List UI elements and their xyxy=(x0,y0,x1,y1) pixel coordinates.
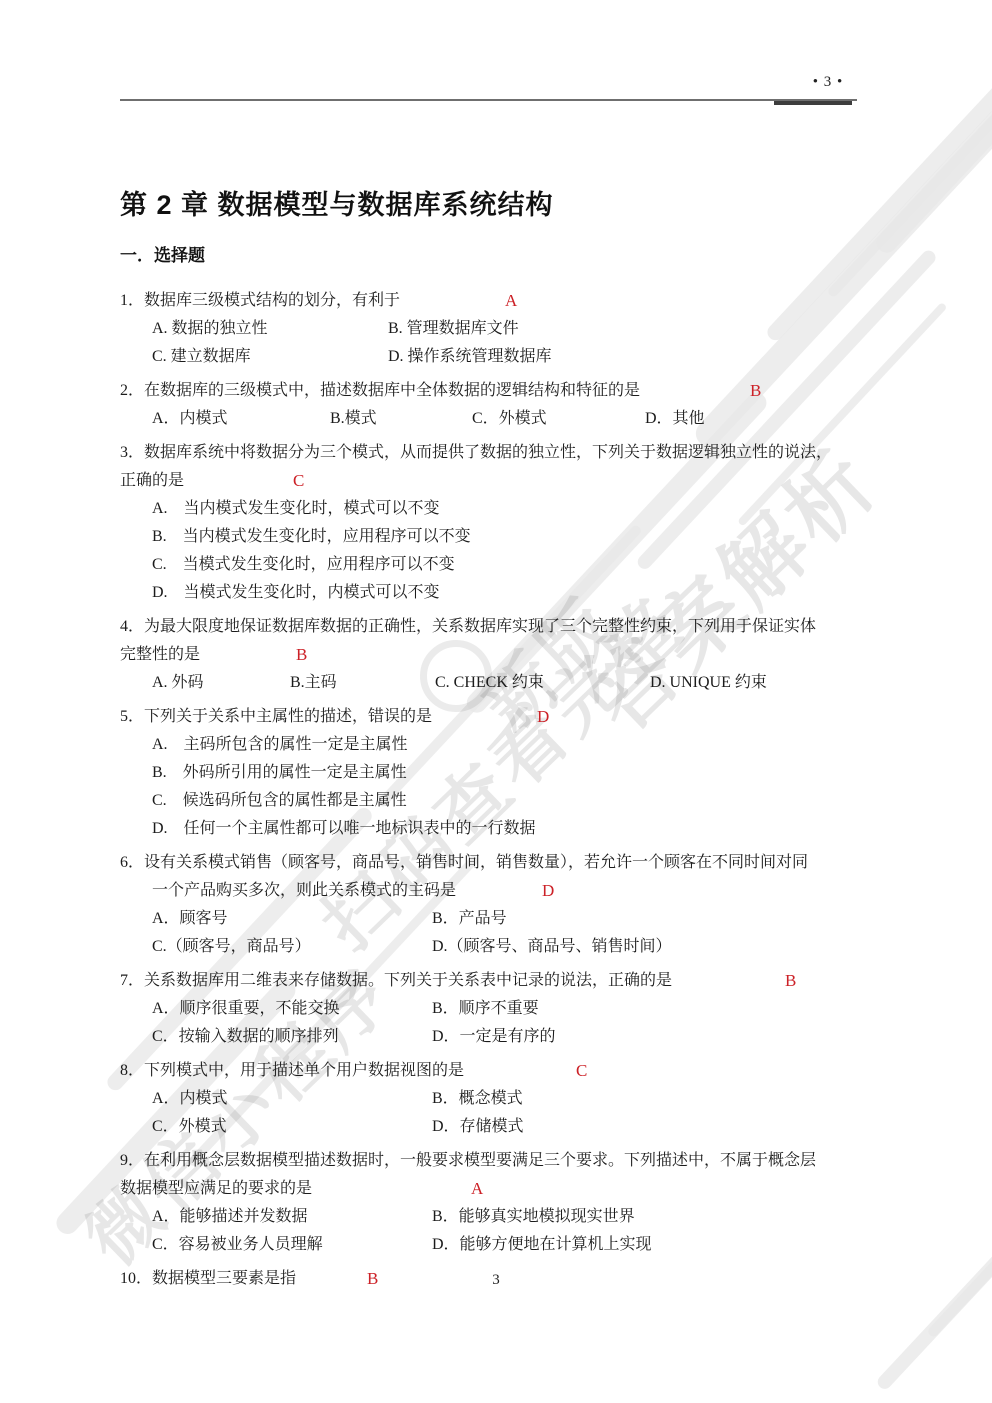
option: C. 建立数据库 xyxy=(152,343,388,371)
answer-badge: B xyxy=(296,641,307,669)
option: A．内模式 xyxy=(152,1085,432,1113)
question-7: 7．关系数据库用二维表来存储数据。下列关于关系表中记录的说法，正确的是 B A．… xyxy=(120,967,870,1051)
option: B．概念模式 xyxy=(432,1085,870,1113)
answer-badge: A xyxy=(471,1175,483,1203)
question-text: 9．在利用概念层数据模型描述数据时，一般要求模型要满足三个要求。下列描述中，不属… xyxy=(120,1152,816,1169)
option: D. 操作系统管理数据库 xyxy=(388,343,870,371)
question-text: 6．设有关系模式销售（顾客号，商品号，销售时间，销售数量），若允许一个顾客在不同… xyxy=(120,854,808,871)
option: C．外模式 xyxy=(472,405,645,433)
option: A．能够描述并发数据 xyxy=(152,1203,432,1231)
question-text: 4．为最大限度地保证数据库数据的正确性，关系数据库实现了三个完整性约束，下列用于… xyxy=(120,618,816,635)
option: C．按输入数据的顺序排列 xyxy=(152,1023,432,1051)
option: B. 管理数据库文件 xyxy=(388,315,870,343)
question-text: 5．下列关于关系中主属性的描述，错误的是 xyxy=(120,708,432,725)
section-heading: 一．选择题 xyxy=(120,245,870,267)
question-text: 8．下列模式中，用于描述单个用户数据视图的是 xyxy=(120,1062,464,1079)
option: C. 当模式发生变化时，应用程序可以不变 xyxy=(120,551,870,579)
option: A．顺序很重要，不能交换 xyxy=(152,995,432,1023)
answer-badge: C xyxy=(293,467,304,495)
option: B．产品号 xyxy=(432,905,870,933)
question-text-continued: 一个产品购买多次，则此关系模式的主码是 xyxy=(152,882,456,899)
header-page-marker: • 3 • xyxy=(796,74,860,91)
option: D．其他 xyxy=(645,405,870,433)
option: A. 外码 xyxy=(152,669,290,697)
option: C. CHECK 约束 xyxy=(435,669,650,697)
option: D.（顾客号、商品号、销售时间） xyxy=(432,933,870,961)
option: C.（顾客号，商品号） xyxy=(152,933,432,961)
answer-badge: B xyxy=(785,967,796,995)
question-text-continued: 数据模型应满足的要求的是 xyxy=(120,1180,312,1197)
question-8: 8．下列模式中，用于描述单个用户数据视图的是 C A．内模式 B．概念模式 C．… xyxy=(120,1057,870,1141)
question-list: 1．数据库三级模式结构的划分，有利于 A A. 数据的独立性 B. 管理数据库文… xyxy=(120,287,870,1293)
option: D. UNIQUE 约束 xyxy=(650,669,870,697)
question-text: 3．数据库系统中将数据分为三个模式，从而提供了数据的独立性，下列关于数据逻辑独立… xyxy=(120,444,832,461)
question-text-continued: 完整性的是 xyxy=(120,646,200,663)
option: B．能够真实地模拟现实世界 xyxy=(432,1203,870,1231)
question-10: 10．数据模型三要素是指 B xyxy=(120,1265,870,1293)
option: A. 数据的独立性 xyxy=(152,315,388,343)
option: D．一定是有序的 xyxy=(432,1023,870,1051)
option: A．内模式 xyxy=(152,405,330,433)
option: D. 任何一个主属性都可以唯一地标识表中的一行数据 xyxy=(120,815,870,843)
document-content: 第 2 章 数据模型与数据库系统结构 一．选择题 1．数据库三级模式结构的划分，… xyxy=(120,188,870,1299)
option: C. 候选码所包含的属性都是主属性 xyxy=(120,787,870,815)
question-9: 9．在利用概念层数据模型描述数据时，一般要求模型要满足三个要求。下列描述中，不属… xyxy=(120,1147,870,1259)
option: B. 当内模式发生变化时，应用程序可以不变 xyxy=(120,523,870,551)
option: C．容易被业务人员理解 xyxy=(152,1231,432,1259)
question-text: 10．数据模型三要素是指 xyxy=(120,1270,296,1287)
option: D．能够方便地在计算机上实现 xyxy=(432,1231,870,1259)
question-4: 4．为最大限度地保证数据库数据的正确性，关系数据库实现了三个完整性约束，下列用于… xyxy=(120,613,870,697)
option: D．存储模式 xyxy=(432,1113,870,1141)
answer-badge: D xyxy=(537,703,549,731)
option: B．顺序不重要 xyxy=(432,995,870,1023)
question-2: 2．在数据库的三级模式中，描述数据库中全体数据的逻辑结构和特征的是 B A．内模… xyxy=(120,377,870,433)
answer-badge: C xyxy=(576,1057,587,1085)
option: A. 主码所包含的属性一定是主属性 xyxy=(120,731,870,759)
question-text-continued: 正确的是 xyxy=(120,472,184,489)
option: B. 外码所引用的属性一定是主属性 xyxy=(120,759,870,787)
question-1: 1．数据库三级模式结构的划分，有利于 A A. 数据的独立性 B. 管理数据库文… xyxy=(120,287,870,371)
answer-badge: B xyxy=(367,1265,378,1293)
option: B.模式 xyxy=(330,405,472,433)
chapter-title: 第 2 章 数据模型与数据库系统结构 xyxy=(120,188,870,222)
question-text: 1．数据库三级模式结构的划分，有利于 xyxy=(120,292,400,309)
option: A. 当内模式发生变化时，模式可以不变 xyxy=(120,495,870,523)
answer-badge: B xyxy=(750,377,761,405)
question-6: 6．设有关系模式销售（顾客号，商品号，销售时间，销售数量），若允许一个顾客在不同… xyxy=(120,849,870,961)
option: D. 当模式发生变化时，内模式可以不变 xyxy=(120,579,870,607)
header-rule xyxy=(120,99,857,101)
option: C．外模式 xyxy=(152,1113,432,1141)
question-text: 7．关系数据库用二维表来存储数据。下列关于关系表中记录的说法，正确的是 xyxy=(120,972,672,989)
option: A．顾客号 xyxy=(152,905,432,933)
header-rule-accent xyxy=(774,101,852,105)
question-3: 3．数据库系统中将数据分为三个模式，从而提供了数据的独立性，下列关于数据逻辑独立… xyxy=(120,439,870,607)
question-5: 5．下列关于关系中主属性的描述，错误的是 D A. 主码所包含的属性一定是主属性… xyxy=(120,703,870,843)
option: B.主码 xyxy=(290,669,435,697)
answer-badge: A xyxy=(505,287,517,315)
answer-badge: D xyxy=(542,877,554,905)
question-text: 2．在数据库的三级模式中，描述数据库中全体数据的逻辑结构和特征的是 xyxy=(120,382,640,399)
